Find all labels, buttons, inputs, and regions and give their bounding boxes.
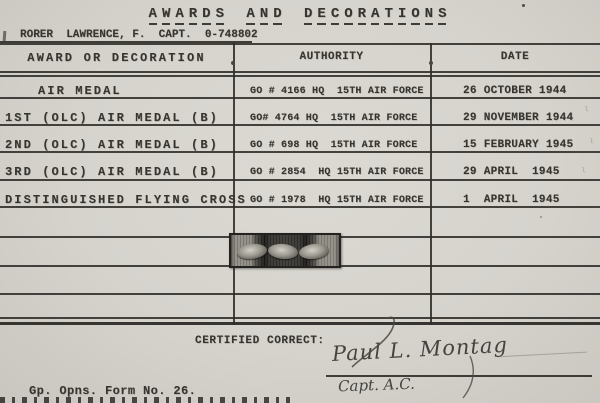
- header-rule-lower: [0, 75, 600, 77]
- row-rule: [0, 293, 600, 295]
- authority-cell: GO # 1978 HQ 15TH AIR FORCE: [250, 195, 424, 206]
- award-cell: DISTINGUISHED FLYING CROSS: [5, 193, 247, 207]
- column-header-award: AWARD OR DECORATION: [0, 51, 233, 65]
- air-medal-ribbon-bar: [229, 233, 341, 268]
- page-title: AWARDS AND DECORATIONS: [0, 6, 600, 25]
- service-member-line: RORER LAWRENCE, F. CAPT. 0-748802: [20, 29, 258, 41]
- scan-edge-artifact: [3, 31, 7, 41]
- authority-cell: GO # 698 HQ 15TH AIR FORCE: [250, 140, 417, 151]
- cut-off-text-artifact: [0, 397, 290, 403]
- oak-leaf-cluster-icon: [298, 242, 330, 261]
- scanned-awards-form: AWARDS AND DECORATIONS RORER LAWRENCE, F…: [0, 0, 600, 403]
- award-cell: AIR MEDAL: [38, 84, 122, 98]
- oak-leaf-cluster-icon: [267, 243, 298, 261]
- date-cell: 29 NOVEMBER 1944: [463, 112, 573, 124]
- oak-leaf-cluster-icon: [236, 242, 268, 261]
- date-cell: 29 APRIL 1945: [463, 166, 560, 178]
- row-rule: [0, 179, 600, 181]
- form-number: Gp. Opns. Form No. 26.: [29, 384, 196, 398]
- authority-cell: GO # 2854 HQ 15TH AIR FORCE: [250, 167, 424, 178]
- scan-smudge: ι: [580, 165, 587, 176]
- scan-speck: [522, 4, 525, 7]
- header-rule-upper: [0, 71, 600, 73]
- scan-smudge: ι: [583, 104, 590, 115]
- authority-cell: GO# 4764 HQ 15TH AIR FORCE: [250, 113, 417, 124]
- date-cell: 1 APRIL 1945: [463, 194, 560, 206]
- date-cell: 15 FEBRUARY 1945: [463, 139, 573, 151]
- authority-cell: GO # 4166 HQ 15TH AIR FORCE: [250, 86, 424, 97]
- column-divider-2: [430, 43, 432, 325]
- award-cell: 3RD (OLC) AIR MEDAL (B): [5, 165, 219, 179]
- column-divider-1: [233, 43, 235, 325]
- column-header-date: DATE: [430, 51, 600, 63]
- scan-smudge: ι: [588, 136, 595, 147]
- scan-speck: [540, 216, 542, 218]
- date-cell: 26 OCTOBER 1944: [463, 85, 567, 97]
- column-header-authority: AUTHORITY: [233, 51, 430, 63]
- award-cell: 2ND (OLC) AIR MEDAL (B): [5, 138, 219, 152]
- signature-flourish: [300, 312, 600, 402]
- table-top-rule: [0, 43, 600, 45]
- award-cell: 1ST (OLC) AIR MEDAL (B): [5, 111, 219, 125]
